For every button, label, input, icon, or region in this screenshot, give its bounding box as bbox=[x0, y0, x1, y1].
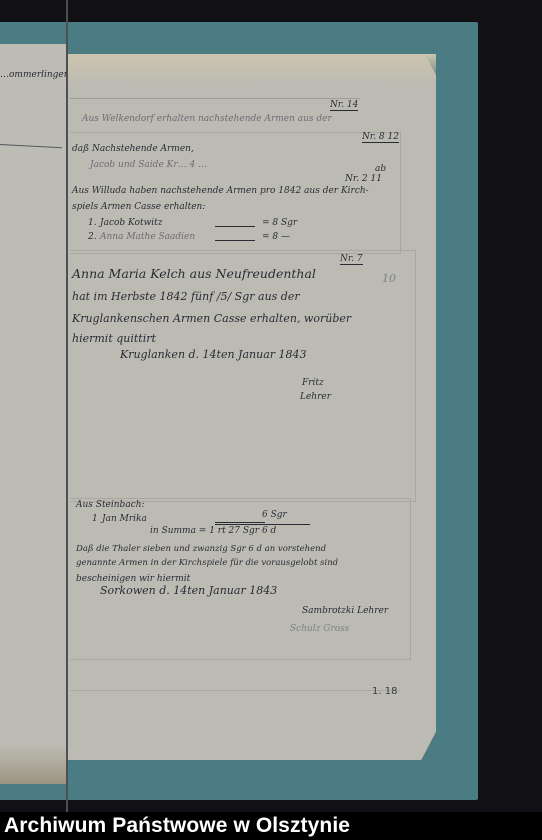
signature: Sambrotzki Lehrer bbox=[302, 606, 388, 616]
handwritten-line: Aus Willuda haben nachstehende Armen pro… bbox=[72, 186, 369, 196]
dash-rule bbox=[215, 226, 255, 227]
dash-rule bbox=[215, 522, 265, 523]
handwritten-line: hiermit quittirt bbox=[72, 332, 156, 345]
left-page-note: …ommerlingen bbox=[0, 70, 70, 80]
signature: Fritz bbox=[302, 378, 324, 388]
handwritten-line: Aus Welkendorf erhalten nachstehende Arm… bbox=[82, 114, 332, 124]
total-line: in Summa = 1 rt 27 Sgr 6 d bbox=[150, 526, 276, 536]
archive-caption: Archiwum Państwowe w Olsztynie bbox=[0, 812, 542, 840]
handwritten-line: genannte Armen in der Kirchspiele für di… bbox=[76, 558, 338, 568]
entry-amount: 6 Sgr bbox=[262, 510, 287, 520]
signature: Lehrer bbox=[300, 392, 331, 402]
entry-no: 1 bbox=[92, 514, 98, 524]
entry-number: Nr. 7 bbox=[340, 254, 363, 265]
handwritten-line: Aus Steinbach: bbox=[76, 500, 145, 510]
slip-edge bbox=[70, 98, 360, 99]
handwritten-line: Anna Maria Kelch aus Neufreudenthal bbox=[72, 266, 316, 281]
handwritten-line: Kruglankenschen Armen Casse erhalten, wo… bbox=[72, 312, 351, 325]
pencil-mark: 10 bbox=[382, 272, 396, 285]
entry-name: Jan Mrika bbox=[102, 514, 147, 524]
left-page-stain bbox=[0, 744, 66, 784]
folio-number: 1. 18 bbox=[372, 686, 397, 697]
date-line: Kruglanken d. 14ten Januar 1843 bbox=[120, 348, 307, 361]
fold-line bbox=[70, 690, 400, 691]
handwritten-mark: ab bbox=[375, 164, 386, 174]
handwritten-line: daß Nachstehende Armen, bbox=[72, 144, 194, 154]
date-line: Sorkowen d. 14ten Januar 1843 bbox=[100, 584, 277, 597]
handwritten-line: bescheinigen wir hiermit bbox=[76, 574, 190, 584]
sheet-stain bbox=[68, 54, 436, 84]
left-facing-page bbox=[0, 44, 67, 784]
entry-amount: = 8 — bbox=[262, 232, 290, 242]
entry-number: Nr. 14 bbox=[330, 100, 358, 111]
entry-number: Nr. 2 11 bbox=[345, 174, 382, 184]
entry-no: 2. bbox=[88, 232, 97, 242]
signature: Schulz Gross bbox=[290, 624, 349, 634]
sum-rule bbox=[215, 524, 310, 525]
handwritten-line: Daß die Thaler sieben und zwanzig Sgr 6 … bbox=[76, 544, 326, 554]
entry-amount: = 8 Sgr bbox=[262, 218, 297, 228]
handwritten-line: hat im Herbste 1842 fünf /5/ Sgr aus der bbox=[72, 290, 300, 303]
handwritten-line: spiels Armen Casse erhalten: bbox=[72, 202, 205, 212]
entry-number: Nr. 8 12 bbox=[362, 132, 399, 143]
document-scan: …ommerlingen Nr. 14 Aus Welkendorf erhal… bbox=[0, 0, 542, 812]
binding-gutter bbox=[66, 0, 68, 812]
entry-no: 1. bbox=[88, 218, 97, 228]
entry-name: Jacob Kotwitz bbox=[100, 218, 163, 228]
dash-rule bbox=[215, 240, 255, 241]
entry-name: Anna Mathe Saadien bbox=[100, 232, 195, 242]
handwritten-line: Jacob und Saide Kr… 4 … bbox=[90, 160, 207, 170]
pasted-slip-2 bbox=[70, 250, 416, 502]
